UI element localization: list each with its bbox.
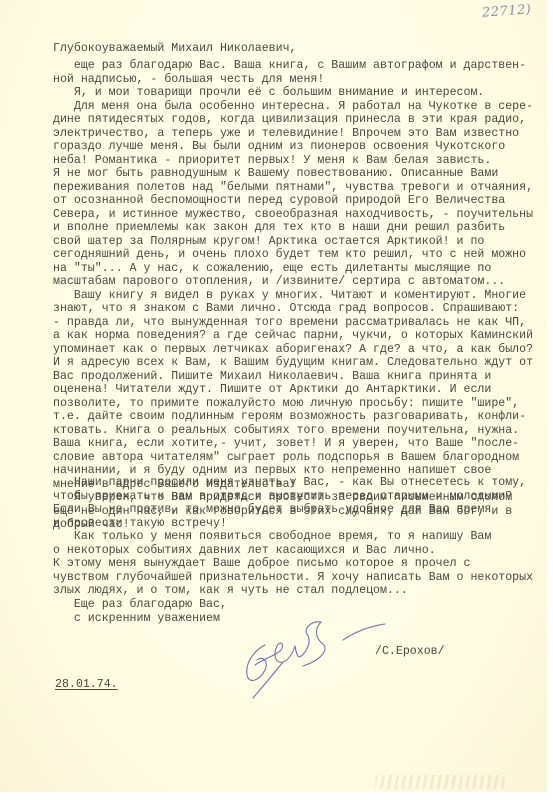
letter-body: еще раз благодарю Вас. Ваша книга, с Ваш…	[53, 59, 533, 532]
archive-number: 22712)	[482, 2, 532, 20]
paper-stain	[375, 775, 505, 789]
letter-page: 22712) Глубокоуважаемый Михаил Николаеви…	[0, 0, 547, 792]
paragraph-future-letter: Как только у меня появиться свободное вр…	[53, 530, 533, 598]
closing: Еще раз благодарю Вас, с искренним уваже…	[53, 598, 227, 625]
signed-name: /С.Ерохов/	[375, 645, 445, 659]
salutation: Глубокоуважаемый Михаил Николаевич,	[53, 42, 297, 56]
paragraph-invitation: Наши парни просили меня узнать у Вас, - …	[53, 476, 526, 530]
letter-date: 28.01.74.	[55, 678, 118, 692]
